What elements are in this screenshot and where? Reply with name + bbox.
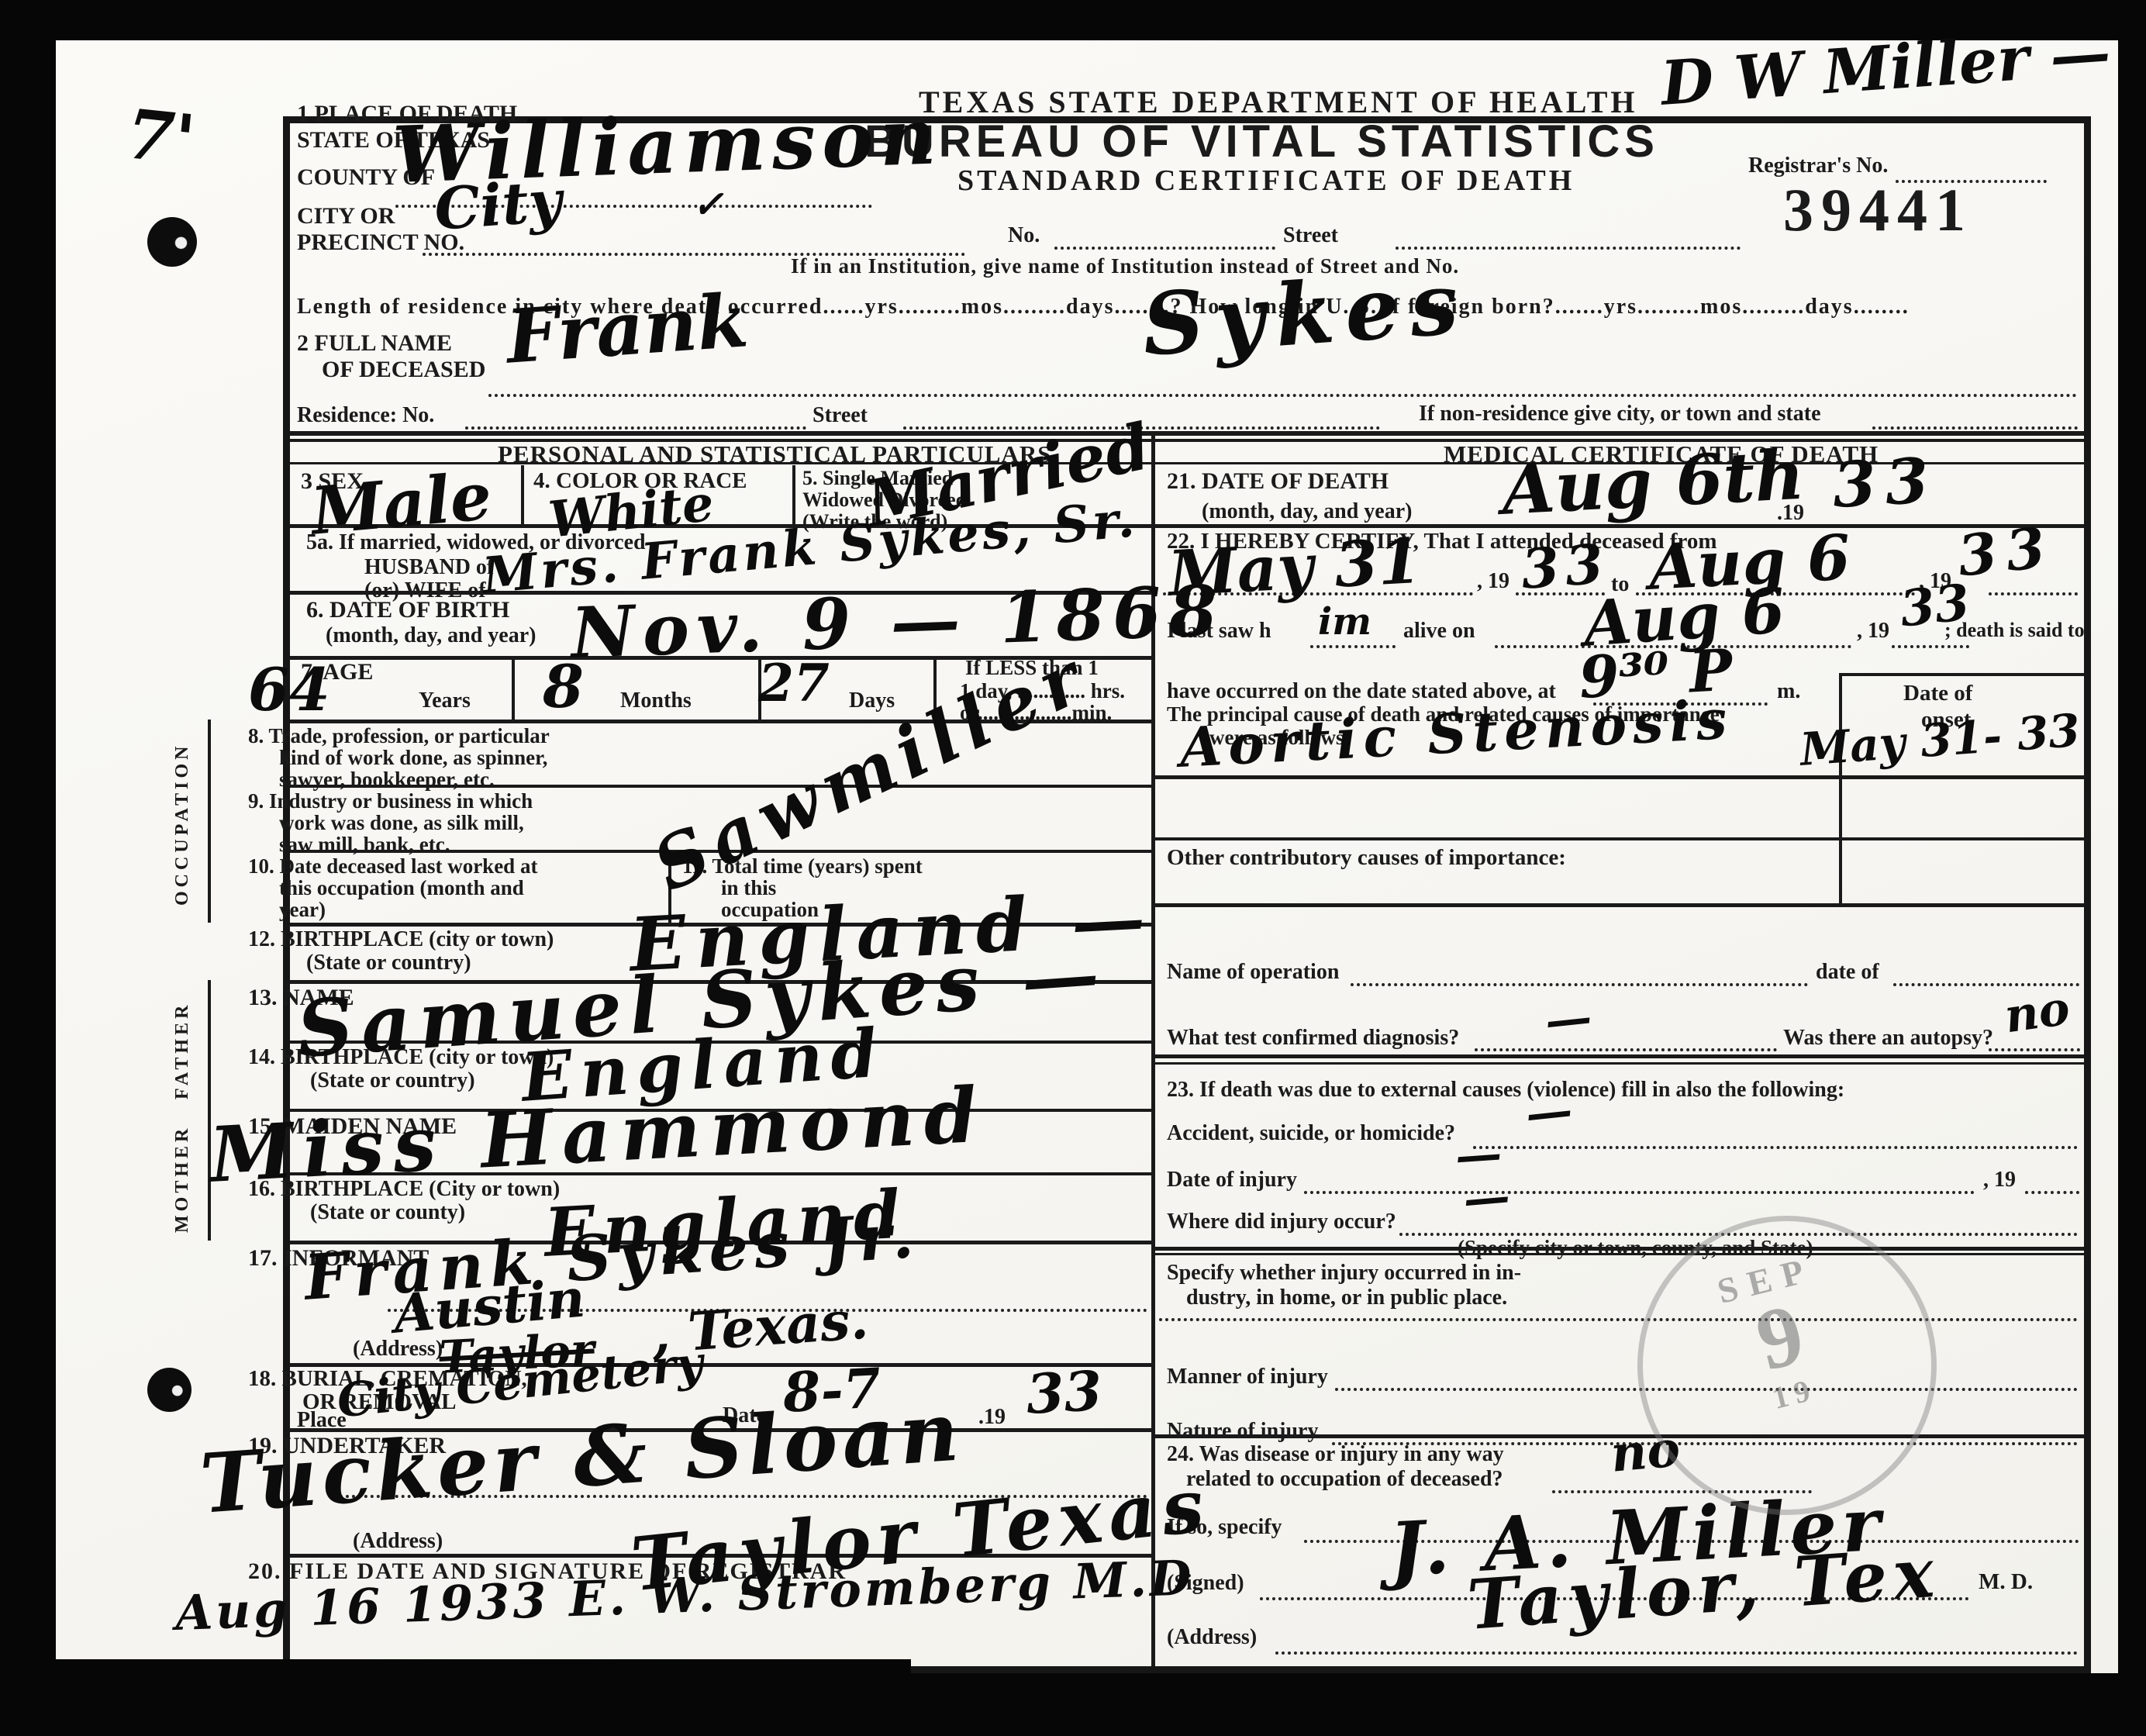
s9-label-1: 9. Industry or business in which (248, 791, 533, 812)
dob-value: Nov. 9 — 1868 (570, 576, 1227, 668)
lastsaw-mid: alive on (1403, 620, 1475, 642)
rrow-line-2 (1151, 775, 2084, 779)
s10-label-2: this occupation (month and (279, 878, 524, 899)
specify-label-1: Specify whether injury occurred in in- (1167, 1262, 1521, 1284)
lastsaw-him: im (1318, 603, 1371, 640)
street-leader (1396, 247, 1741, 250)
s22-from: May 31 (1167, 530, 1423, 605)
scan-shadow-bottom-left (43, 1659, 911, 1736)
residence-street-label: Street (813, 405, 868, 426)
rrow-line-4 (1151, 903, 2084, 907)
s10-label-1: 10. Date deceased last worked at (248, 856, 537, 877)
autopsy-value: no (2002, 985, 2072, 1040)
residence-no-label: Residence: No. (297, 405, 434, 426)
dob-sublabel: (month, day, and year) (326, 625, 536, 647)
injury-date-label: Date of injury (1167, 1169, 1297, 1191)
s18-year-prefix: .19 (978, 1406, 1006, 1428)
operation-date-label: date of (1816, 961, 1879, 983)
manner-label: Manner of injury (1167, 1366, 1328, 1388)
autopsy-label: Was there an autopsy? (1783, 1027, 1993, 1049)
test-leader (1475, 1048, 1777, 1051)
header-department: TEXAS STATE DEPARTMENT OF HEALTH (919, 87, 1638, 118)
race-marital-divider (792, 465, 795, 524)
age-days-label: Days (849, 690, 895, 712)
where-value: — (1461, 1173, 1512, 1223)
age-years-value: 64 (248, 661, 330, 720)
signed-md: M. D. (1979, 1571, 2033, 1593)
registrar-no-label: Registrar's No. (1748, 155, 1888, 177)
lastsaw-comma19: , 19 (1857, 620, 1889, 642)
hole-punch-top (147, 217, 197, 267)
rrow-line-5a (1151, 1054, 2084, 1058)
specify-leader (1159, 1318, 2078, 1321)
test-value: — (1543, 994, 1594, 1045)
age-divider-1 (512, 656, 515, 720)
s22-year-2: 33 (1955, 519, 2057, 585)
s22-comma19-1: , 19 (1477, 571, 1509, 592)
s16-label-2: (State or county) (310, 1202, 465, 1223)
accident-leader (1473, 1146, 2078, 1149)
address-label: (Address) (1167, 1627, 1257, 1648)
age-years-label: Years (419, 690, 471, 712)
rrow-line-1 (1151, 524, 2084, 528)
header-certificate-title: STANDARD CERTIFICATE OF DEATH (957, 166, 1575, 195)
lastsaw-leader-1 (1310, 645, 1396, 648)
sex-value: Male (309, 464, 494, 544)
fullname-last: Sykes (1140, 261, 1471, 368)
s21-year: 33 (1831, 449, 1939, 516)
s18-year-value: 33 (1025, 1364, 1103, 1422)
accident-value: — (1523, 1087, 1575, 1138)
s9-label-3: saw mill, bank, etc. (279, 834, 450, 855)
age-days-value: 27 (758, 657, 830, 709)
margin-note: 7' (123, 99, 198, 174)
lastsaw-leader-3 (1892, 645, 1969, 648)
rrow-line-5b (1151, 1062, 2084, 1065)
s9-label-2: work was done, as silk mill, (279, 813, 524, 833)
onset-label-1: Date of (1903, 682, 1972, 705)
contributory-label: Other contributory causes of importance: (1167, 847, 1566, 869)
nature-label: Nature of injury (1167, 1420, 1318, 1442)
test-label: What test confirmed diagnosis? (1167, 1027, 1459, 1049)
injury-date-leader (1304, 1191, 1975, 1194)
s10-label-3: year) (279, 899, 326, 920)
hole-punch-bottom (147, 1368, 191, 1412)
header-bureau: BUREAU OF VITAL STATISTICS (864, 119, 1659, 164)
city-label-1: CITY OR (297, 205, 395, 228)
street-label: Street (1283, 225, 1338, 247)
dob-label: 6. DATE OF BIRTH (306, 599, 509, 622)
occurred-m: m. (1777, 681, 1800, 702)
accident-label: Accident, suicide, or homicide? (1167, 1123, 1455, 1144)
s21-value: Aug 6th (1500, 440, 1806, 524)
mother-side-label: MOTHER (172, 1120, 193, 1237)
street-no-label: No. (1008, 225, 1040, 247)
fullname-first: Frank (504, 284, 750, 374)
registrar-no-value: 39441 (1783, 180, 1973, 240)
city-value: City (433, 173, 564, 239)
address-leader (1275, 1651, 2078, 1655)
onset-top-line (1839, 673, 2084, 676)
s8-label-3: sawyer, bookkeeper, etc. (279, 769, 495, 790)
fullname-label-1: 2 FULL NAME (297, 332, 452, 355)
s8-label-2: kind of work done, as spinner, (279, 747, 547, 768)
s24-label-1: 24. Was disease or injury in any way (1167, 1444, 1504, 1465)
fullname-label-2: OF DECEASED (322, 358, 485, 381)
s8-label-1: 8. Trade, profession, or particular (248, 726, 550, 747)
rrow-line-3 (1151, 837, 2084, 840)
s21-label: 21. DATE OF DEATH (1167, 470, 1389, 493)
injury-date-leader-2 (2025, 1191, 2079, 1194)
residence-no-leader (465, 426, 806, 430)
s12-label-1: 12. BIRTHPLACE (city or town) (248, 929, 554, 951)
lastsaw-year: 33 (1898, 578, 1972, 635)
s23-label: 23. If death was due to external causes … (1167, 1079, 1844, 1101)
sex-race-divider (521, 465, 524, 524)
onset-divider (1839, 673, 1842, 903)
fullname-leader (488, 394, 2078, 397)
s5a-label-2: HUSBAND of (364, 557, 494, 578)
injury-date-19: , 19 (1983, 1169, 2016, 1191)
s21-sublabel: (month, day, and year) (1202, 501, 1412, 523)
age-months-label: Months (620, 690, 692, 712)
occupation-side-label: OCCUPATION (172, 727, 193, 921)
street-no-leader (1054, 247, 1275, 250)
nonresidence-note: If non-residence give city, or town and … (1419, 403, 1821, 425)
s22-leader-4 (1989, 592, 2078, 595)
where-label: Where did injury occur? (1167, 1211, 1396, 1233)
double-rule-top-a (290, 431, 2084, 436)
operation-leader (1351, 983, 1808, 986)
age-months-value: 8 (543, 657, 584, 716)
check-mark: ✓ (692, 186, 723, 223)
s19-address-label: (Address) (353, 1531, 443, 1552)
operation-label: Name of operation (1167, 961, 1339, 983)
specify-label-2: dustry, in home, or in public place. (1186, 1287, 1507, 1309)
autopsy-leader (1989, 1048, 2080, 1051)
s12-label-2: (State or country) (306, 952, 471, 974)
occupation-side-divider (208, 720, 211, 923)
s14-label-2: (State or country) (310, 1070, 475, 1092)
s24-label-2: related to occupation of deceased? (1186, 1469, 1503, 1490)
father-side-label: FATHER (172, 989, 193, 1113)
nonresidence-leader (1872, 426, 2078, 430)
